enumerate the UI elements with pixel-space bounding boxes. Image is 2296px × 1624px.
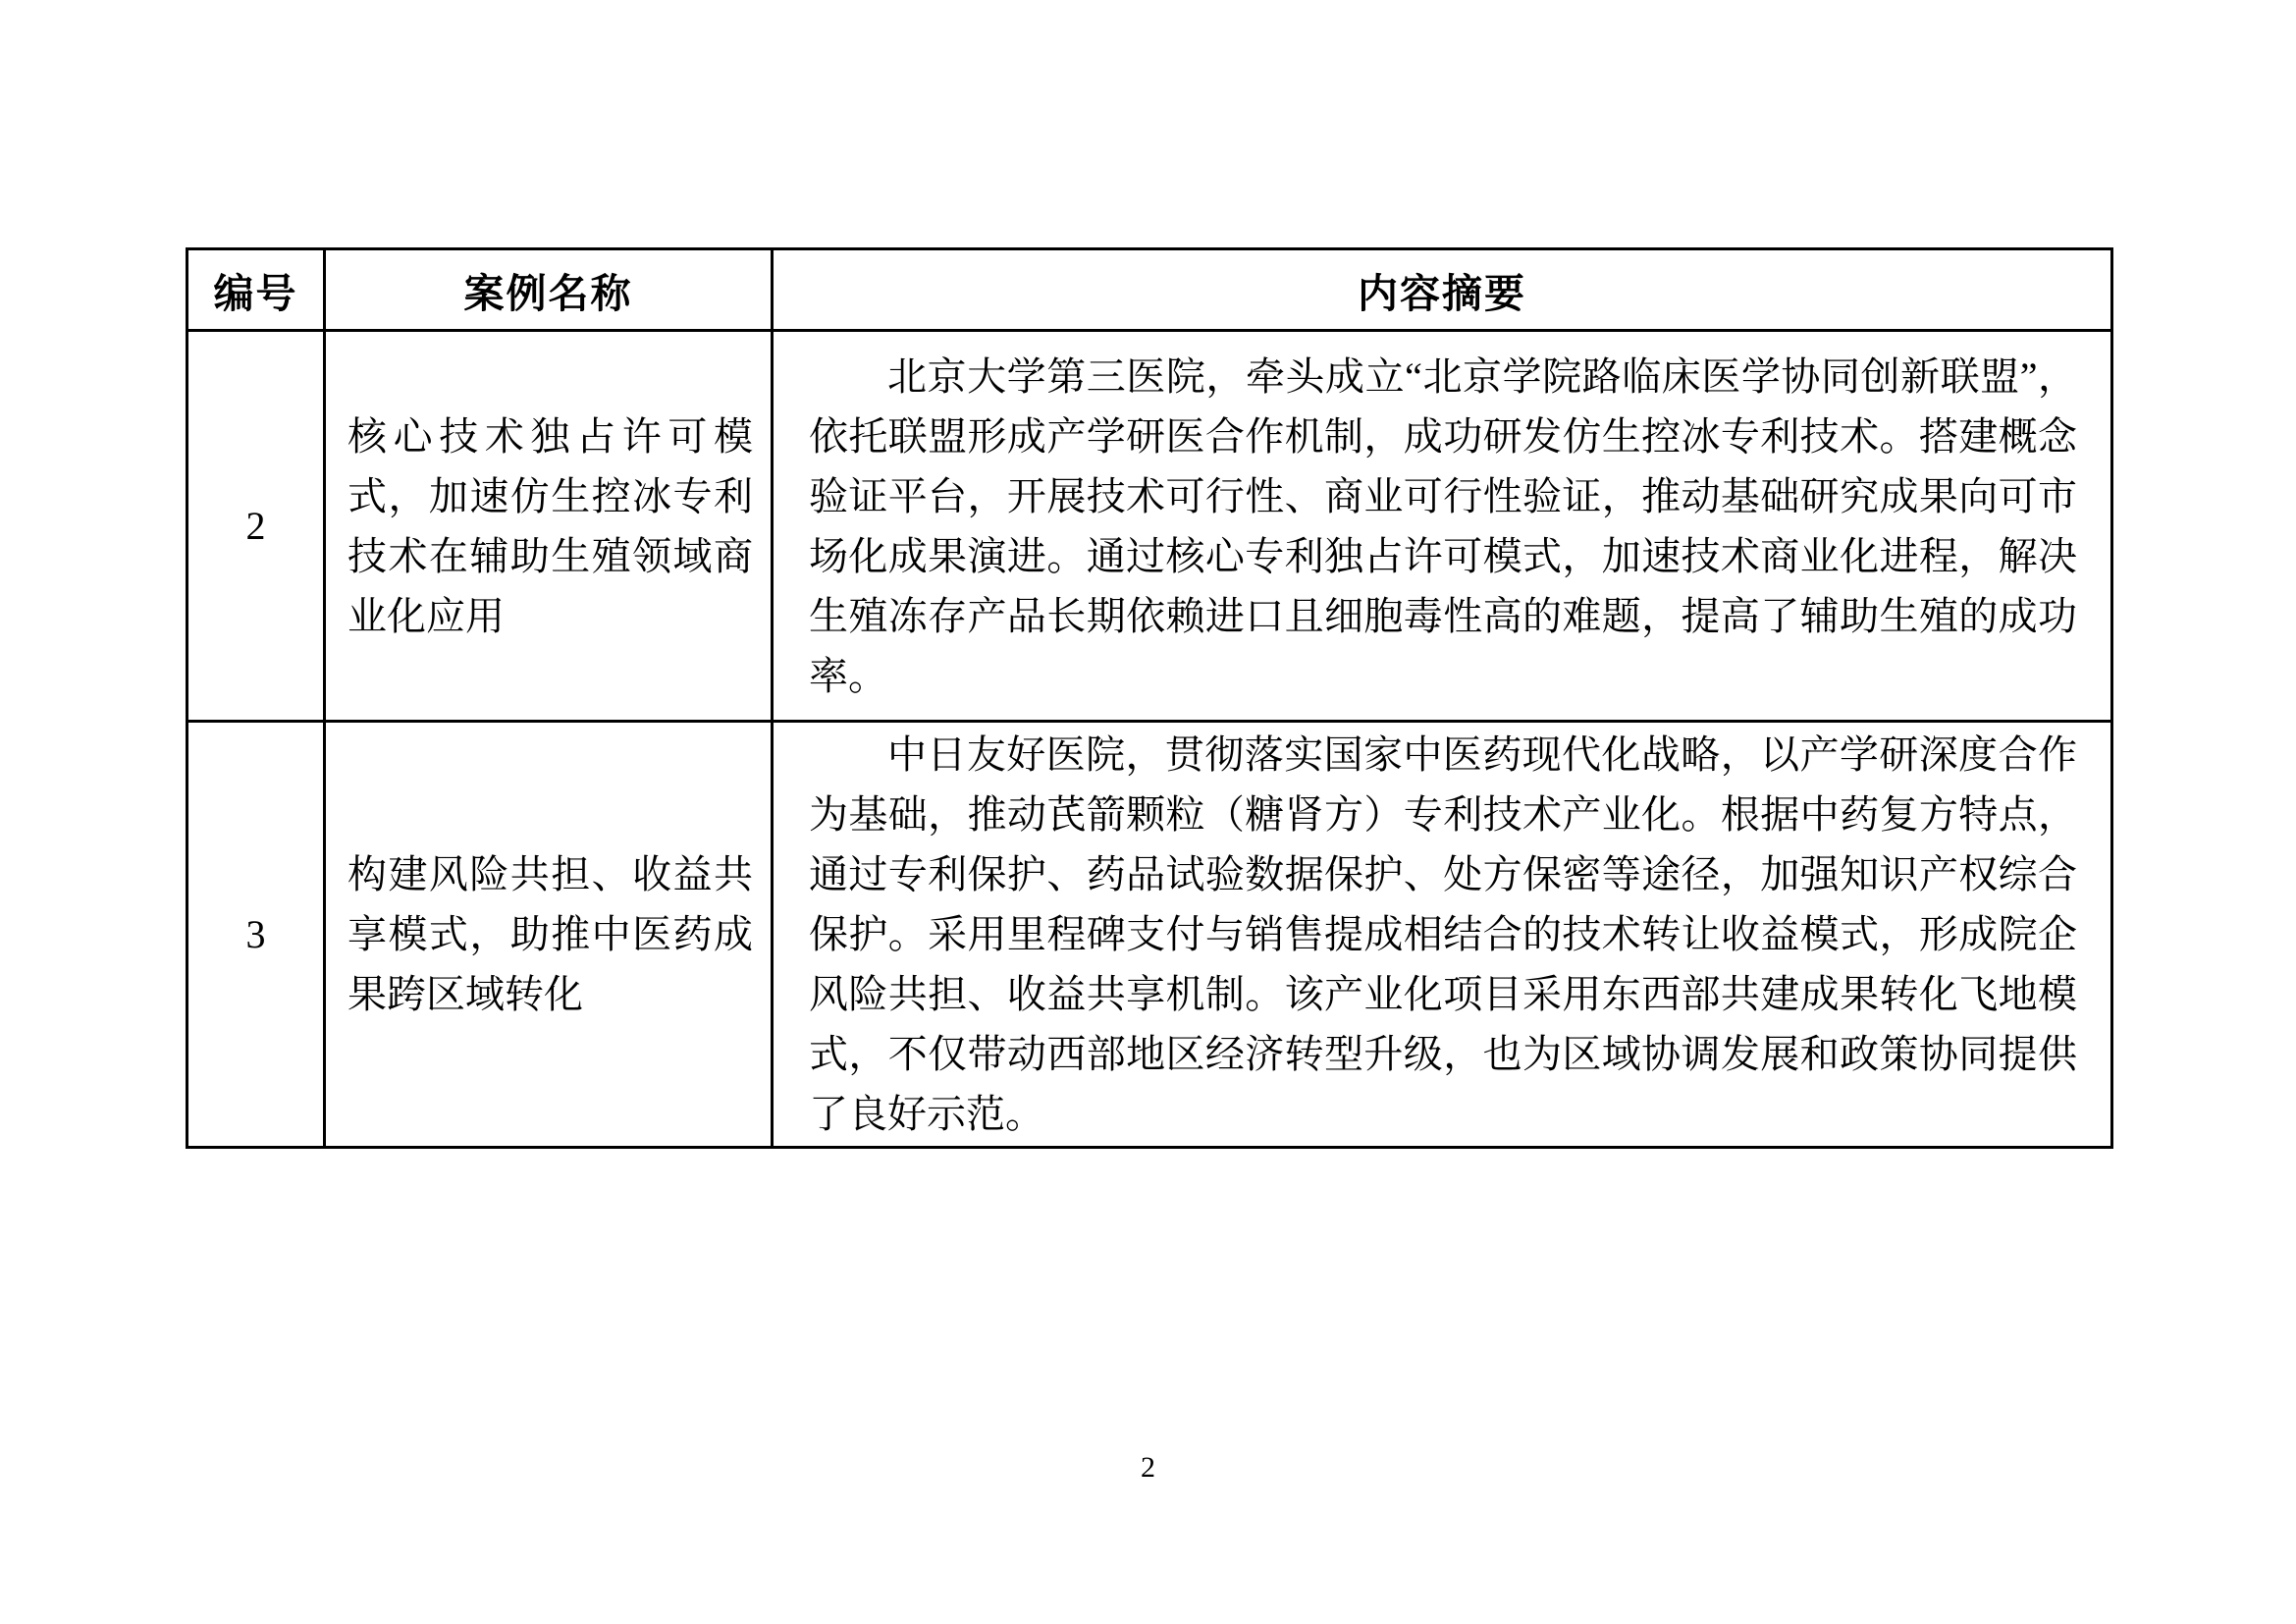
cases-table: 编号 案例名称 内容摘要 2 核心技术独占许可模式，加速仿生控冰专利技术在辅助生… (186, 247, 2113, 1149)
case-summary: 中日友好医院，贯彻落实国家中医药现代化战略，以产学研深度合作为基础，推动芪箭颗粒… (773, 722, 2112, 1148)
document-page: 编号 案例名称 内容摘要 2 核心技术独占许可模式，加速仿生控冰专利技术在辅助生… (0, 0, 2296, 1624)
case-number: 3 (187, 722, 325, 1148)
case-number: 2 (187, 331, 325, 722)
table-row-case-2: 2 核心技术独占许可模式，加速仿生控冰专利技术在辅助生殖领域商业化应用 北京大学… (187, 331, 2112, 722)
case-summary-text: 中日友好医院，贯彻落实国家中医药现代化战略，以产学研深度合作为基础，推动芪箭颗粒… (809, 725, 2077, 1144)
page-number: 2 (0, 1451, 2296, 1485)
header-summary: 内容摘要 (773, 249, 2112, 331)
header-number: 编号 (187, 249, 325, 331)
case-summary-text: 北京大学第三医院，牵头成立“北京学院路临床医学协同创新联盟”，依托联盟形成产学研… (809, 347, 2077, 706)
case-name: 构建风险共担、收益共享模式，助推中医药成果跨区域转化 (325, 722, 773, 1148)
header-case-name: 案例名称 (325, 249, 773, 331)
table-header-row: 编号 案例名称 内容摘要 (187, 249, 2112, 331)
table-row-case-3: 3 构建风险共担、收益共享模式，助推中医药成果跨区域转化 中日友好医院，贯彻落实… (187, 722, 2112, 1148)
case-name: 核心技术独占许可模式，加速仿生控冰专利技术在辅助生殖领域商业化应用 (325, 331, 773, 722)
case-summary: 北京大学第三医院，牵头成立“北京学院路临床医学协同创新联盟”，依托联盟形成产学研… (773, 331, 2112, 722)
